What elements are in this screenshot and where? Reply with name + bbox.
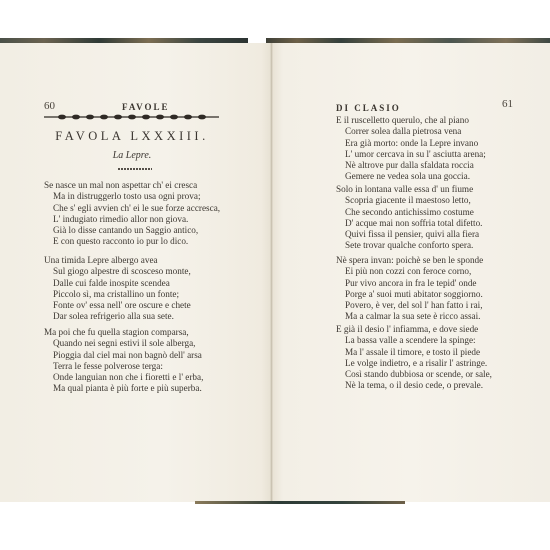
verse-line: Solo in lontana valle essa d' un fiume <box>336 184 482 195</box>
verse-line: Già lo disse cantando un Saggio antico, <box>44 225 220 236</box>
verse-line: L' indugiato rimedio allor non giova. <box>44 214 220 225</box>
fable-title: FAVOLA LXXXIII. <box>0 129 268 144</box>
verse-line: Sul giogo alpestre di scosceso monte, <box>44 266 191 277</box>
book-gutter <box>270 43 273 502</box>
stanza: E già il desio l' infiamma, e dove siede… <box>336 324 492 392</box>
verse-line: E con questo racconto io pur lo dico. <box>44 236 220 247</box>
verse-line: Nè altrove pur dalla sfaldata roccia <box>336 160 486 171</box>
verse-line: Piccolo sì, ma cristallino un fonte; <box>44 289 191 300</box>
book-board-bottom-edge <box>195 501 405 504</box>
verse-line: Che secondo antichissimo costume <box>336 207 482 218</box>
verse-line: Quivi fissa il pensier, quivi alla fiera <box>336 229 482 240</box>
stanza: Solo in lontana valle essa d' un fiume S… <box>336 184 482 252</box>
fable-subtitle: La Lepre. <box>0 150 268 161</box>
verse-line: Porge a' suoi muti abitator soggiorno. <box>336 289 483 300</box>
verse-line: Ma a calmar la sua sete è ricco assai. <box>336 311 483 322</box>
verse-line: Ma in distruggerlo tosto usa ogni prova; <box>44 191 220 202</box>
left-page: 60 FAVOLE FAVOLA LXXXIII. La Lepre. Se n… <box>0 43 272 502</box>
verse-line: Nè spera invan: poichè se ben le sponde <box>336 255 483 266</box>
stanza: Se nasce un mal non aspettar ch' ei cres… <box>44 180 220 248</box>
page-number-left: 60 <box>44 100 55 112</box>
verse-line: Una timida Lepre albergo avea <box>44 255 191 266</box>
verse-line: Se nasce un mal non aspettar ch' ei cres… <box>44 180 220 191</box>
verse-line: E già il desio l' infiamma, e dove siede <box>336 324 492 335</box>
stanza: Una timida Lepre albergo avea Sul giogo … <box>44 255 191 323</box>
verse-line: Pioggia dal ciel mai non bagnò dell' ars… <box>44 350 203 361</box>
stanza: Ma poi che fu quella stagion comparsa, Q… <box>44 327 203 395</box>
verse-line: Dar solea refrigerio alla sua sete. <box>44 311 191 322</box>
verse-line: Ma l' assale il timore, e tosto il piede <box>336 347 492 358</box>
verse-line: Pur vivo ancora in fra le tepid' onde <box>336 278 483 289</box>
verse-line: Nè la tema, o il desio cede, o prevale. <box>336 380 492 391</box>
page-number-right: 61 <box>502 98 513 110</box>
open-book: 60 FAVOLE FAVOLA LXXXIII. La Lepre. Se n… <box>0 43 550 502</box>
verse-line: Onde languian non che i fioretti e l' er… <box>44 372 203 383</box>
verse-line: Correr solea dalla pietrosa vena <box>336 126 486 137</box>
verse-line: Le volge indietro, e a risalir l' astrin… <box>336 358 492 369</box>
stanza: E il ruscelletto querulo, che al piano C… <box>336 115 486 183</box>
verse-line: Quando nei segni estivi il sole alberga, <box>44 338 203 349</box>
verse-line: Scopria giacente il maestoso letto, <box>336 195 482 206</box>
verse-line: Ma qual pianta è più forte e più superba… <box>44 383 203 394</box>
verse-line: Ma poi che fu quella stagion comparsa, <box>44 327 203 338</box>
right-page: DI CLASIO 61 E il ruscelletto querulo, c… <box>272 43 550 502</box>
verse-line: L' umor cercava in su l' asciutta arena; <box>336 149 486 160</box>
verse-line: Ei più non cozzi con feroce corno, <box>336 266 483 277</box>
running-head-right: DI CLASIO <box>336 103 401 113</box>
verse-line: Che s' egli avvien ch' ei le sue forze a… <box>44 203 220 214</box>
verse-line: Gemere ne vedea sola una goccia. <box>336 171 486 182</box>
ornamental-rule-icon <box>44 114 219 120</box>
verse-line: Così stando dubbiosa or scende, or sale, <box>336 369 492 380</box>
verse-line: Fonte ov' essa nell' ore oscure e chete <box>44 300 191 311</box>
verse-line: Era già morto: onde la Lepre invano <box>336 138 486 149</box>
verse-line: Terra le fesse polverose terga: <box>44 361 203 372</box>
verse-line: Povero, è ver, del sol l' han fatto i ra… <box>336 300 483 311</box>
verse-line: La bassa valle a scendere la spinge: <box>336 335 492 346</box>
verse-line: E il ruscelletto querulo, che al piano <box>336 115 486 126</box>
dotted-separator <box>118 168 152 170</box>
verse-line: Sete trovar qualche conforto spera. <box>336 240 482 251</box>
stanza: Nè spera invan: poichè se ben le sponde … <box>336 255 483 323</box>
verse-line: Dalle cui falde inospite scendea <box>44 278 191 289</box>
running-head-left: FAVOLE <box>122 102 170 112</box>
verse-line: D' acque mai non soffria total difetto. <box>336 218 482 229</box>
